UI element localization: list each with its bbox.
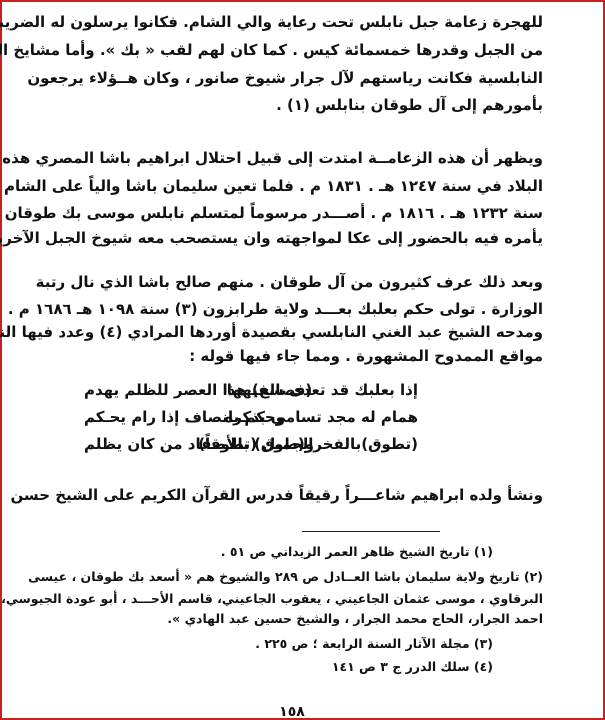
paragraph-line: وبعد ذلك عرف كثيرون من آل طوقان . منهم ص… xyxy=(75,272,543,292)
paragraph-line: من الجبل وقدرها خمسمائة كيس . كما كان له… xyxy=(53,40,543,60)
book-page: للهجرة زعامة جبل نابلس تحت رعاية والي ال… xyxy=(0,0,605,720)
paragraph-line: بأمورهم إلى آل طوقان بنابلس (١) . xyxy=(53,95,543,115)
verse-second-hemistich: (فصالح) هذا العصر للظلم يهدم xyxy=(84,380,312,400)
paragraph-line: يأمره فيه بالحضور إلى عكا لمواجهته وان ي… xyxy=(53,228,543,248)
paragraph-line: البلاد في سنة ١٢٤٧ هـ . ١٨٣١ م . فلما تع… xyxy=(53,176,543,196)
paragraph-line: النابلسية فكانت رياستهم لآل جرار شيوخ صا… xyxy=(53,68,543,88)
paragraph-line: سنة ١٢٣٢ هـ . ١٨١٦ م . أصـــدر مرسوماً ل… xyxy=(53,203,543,223)
page-number: ١٥٨ xyxy=(272,704,312,720)
verse-second-hemistich: و(طوق) بالأصفاد من كان يظلم xyxy=(84,434,314,454)
footnote-2-line: احمد الجرار، الحاج محمد الجرار ، والشيخ … xyxy=(53,610,543,628)
verse-second-hemistich: وحكم بانصاف إذا رام يحـكم xyxy=(84,407,285,427)
paragraph-line: للهجرة زعامة جبل نابلس تحت رعاية والي ال… xyxy=(53,12,543,32)
footnote-3: (٣) مجلة الآثار السنة الرابعة ؛ ص ٢٢٥ . xyxy=(255,635,493,653)
paragraph-line: ويظهر أن هذه الزعامــة امتدت إلى قبيل اح… xyxy=(75,148,543,168)
paragraph-line: مواقع الممدوح المشهورة . ومما جاء فيها ق… xyxy=(53,346,543,366)
footnote-separator xyxy=(302,531,440,532)
footnote-2-line: البرقاوي ، موسى عثمان الجاعيني ، يعقوب ا… xyxy=(53,590,543,608)
footnote-4: (٤) سلك الدرر ج ٣ ص ١٤١ xyxy=(332,658,493,676)
footnote-2-line: (٢) تاريخ ولاية سليمان باشا العــادل ص ٢… xyxy=(103,568,543,586)
footnote-1: (١) تاريخ الشيخ ظاهر العمر الزيداني ص ٥١… xyxy=(221,543,493,561)
paragraph-line: ومدحه الشيخ عبد الغني النابلسي بقصيدة أو… xyxy=(53,322,543,342)
paragraph-line: الوزارة . تولى حكم بعلبك بعـــد ولاية طر… xyxy=(53,299,543,319)
paragraph-line: ونشأ ولده ابراهيم شاعـــراً رقيقاً فدرس … xyxy=(75,485,543,505)
